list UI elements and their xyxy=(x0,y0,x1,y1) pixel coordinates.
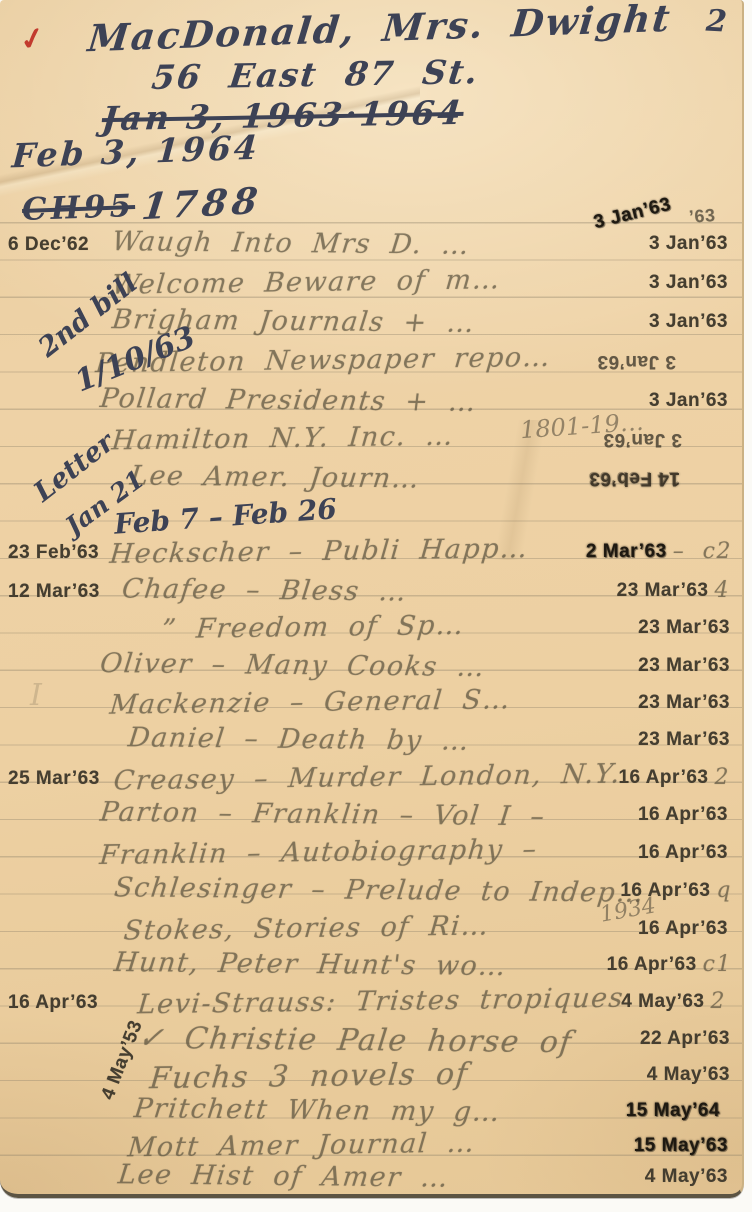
left-date-stamp: 23 Feb’63 xyxy=(8,542,99,564)
entry-title-text: Franklin – Autobiography – xyxy=(98,834,539,871)
left-date-stamp: 25 Mar’63 xyxy=(8,768,100,790)
entry-row: Lee Hist of Amer … 4 May’63 xyxy=(0,1163,742,1199)
right-date-stamp: 4 May’63 xyxy=(647,1064,730,1086)
entry-pencil-note: 2 xyxy=(715,765,731,790)
right-date-stamp: 3 Jan’63 xyxy=(649,233,728,255)
library-charge-card: ✓ MacDonald, Mrs. Dwight 2 56 East 87 St… xyxy=(0,0,744,1198)
entry-title-text: Hunt, Peter Hunt's wo… xyxy=(112,947,508,982)
right-date-stamp: 15 May’63 xyxy=(634,1135,728,1157)
entry-pencil-note: c1 xyxy=(703,952,732,977)
entry-row: Parton – Franklin – Vol I – 16 Apr’63 xyxy=(0,801,742,837)
entry-row: 4 May’53 Pritchett When my g… 15 May’64 xyxy=(0,1097,742,1133)
entry-pencil-note: 2 xyxy=(711,989,727,1014)
entry-row: Mackenzie – General S… 23 Mar’63 xyxy=(0,689,742,725)
right-date-stamp: 3 Jan’63 xyxy=(649,272,728,294)
entry-pencil-note: q xyxy=(716,878,732,903)
date-current: Feb 3, 1964 xyxy=(11,128,262,176)
right-date-stamp: 4 May’63 xyxy=(621,991,704,1013)
right-date-stamp: 23 Mar’63 xyxy=(638,617,730,639)
entry-title-text: Oliver – Many Cooks … xyxy=(98,648,487,683)
right-date-stamp: 16 Apr’63 xyxy=(638,804,728,826)
entry-title-text: Heckscher – Publi Happ… xyxy=(108,533,530,570)
entry-title-text: Creasey – Murder London, N.Y. xyxy=(112,758,622,796)
right-date-stamp: 16 Apr’63 xyxy=(638,842,728,864)
code-struck-out: CH95 xyxy=(21,188,135,228)
entry-title-text: ” Freedom of Sp… xyxy=(160,610,466,645)
right-date-stamp: 2 Mar’63 xyxy=(586,541,667,563)
entry-title-text: Waugh Into Mrs D. … xyxy=(110,226,471,261)
entry-title-text: Mott Amer Journal … xyxy=(126,1128,477,1164)
serial-number: 1788 xyxy=(139,180,264,229)
card-page-number: 2 xyxy=(705,3,728,39)
ghost-date-stamp: ’63 xyxy=(689,205,717,228)
right-date-stamp: 23 Mar’63 xyxy=(638,655,730,677)
entry-row: 12 Mar’63 Chafee – Bless … 23 Mar’63 4 xyxy=(0,577,742,613)
left-date-stamp: 12 Mar’63 xyxy=(8,581,100,603)
entry-title-text: Lee Hist of Amer … xyxy=(116,1159,451,1193)
smudged-date-stamp: 3 Jan’63 xyxy=(592,194,674,234)
entry-title-text: Levi-Strauss: Tristes tropiques xyxy=(136,983,625,1021)
left-date-stamp: 6 Dec’62 xyxy=(8,234,89,256)
right-date-stamp: 15 May’64 xyxy=(626,1100,720,1122)
entry-title-text: Chafee – Bless … xyxy=(120,574,409,608)
entry-row: 6 Dec’62 Waugh Into Mrs D. … 3 Jan’63 xyxy=(0,230,742,266)
right-date-stamp: 23 Mar’63 xyxy=(617,580,709,602)
entry-title-text: Lee Amer. Journ… xyxy=(128,460,422,494)
patron-name: MacDonald, Mrs. Dwight xyxy=(86,0,674,60)
entry-title-text: Hamilton N.Y. Inc. … xyxy=(110,421,455,457)
right-date-stamp: 16 Apr’63 xyxy=(607,954,697,976)
right-date-stamp: 4 May’63 xyxy=(645,1166,728,1188)
right-date-stamp: 3 Jan’63 xyxy=(649,390,728,412)
right-date-stamp: 14 Feb’63 xyxy=(589,467,680,489)
entry-title-text: Daniel – Death by … xyxy=(126,722,471,757)
entry-title-text: Pritchett When my g… xyxy=(132,1093,502,1128)
red-check-mark: ✓ xyxy=(17,20,49,59)
entry-title-text: Fuchs 3 novels of xyxy=(148,1057,470,1096)
patron-address: 56 East 87 St. xyxy=(150,52,482,97)
right-date-stamp: 23 Mar’63 xyxy=(638,692,730,714)
left-date-stamp: 16 Apr’63 xyxy=(8,992,98,1014)
right-date-stamp: 22 Apr’63 xyxy=(640,1028,730,1050)
entry-title-text: Stokes, Stories of Ri… xyxy=(122,910,491,946)
entry-row: Daniel – Death by … 23 Mar’63 xyxy=(0,726,742,762)
entry-row: 16 Apr’63 Levi-Strauss: Tristes tropique… xyxy=(0,988,742,1024)
entry-title-text: Welcome Beware of m… xyxy=(110,264,502,300)
right-date-stamp: 16 Apr’63 xyxy=(618,767,708,789)
entry-row: ” Freedom of Sp… 23 Mar’63 xyxy=(0,614,742,650)
right-date-stamp: 23 Mar’63 xyxy=(638,729,730,751)
entry-pencil-note: – c2 xyxy=(673,539,732,564)
entry-title-text: Pollard Presidents + … xyxy=(98,383,478,418)
entry-title-text: Parton – Franklin – Vol I – xyxy=(98,797,547,833)
entry-row: Franklin – Autobiography – 16 Apr’63 xyxy=(0,839,742,875)
entry-title-text: Schlesinger – Prelude to Indep… xyxy=(113,872,647,909)
entry-row: 25 Mar’63 Creasey – Murder London, N.Y. … xyxy=(0,764,742,800)
right-date-stamp: 16 Apr’63 xyxy=(638,918,728,940)
margin-ink-note: I xyxy=(30,678,42,713)
entry-row: Hunt, Peter Hunt's wo… 16 Apr’63 c1 xyxy=(0,951,742,987)
entry-title-text: ✓ Christie Pale horse of xyxy=(136,1021,574,1061)
right-date-stamp: 3 Jan’63 xyxy=(597,350,676,372)
entry-row: 23 Feb’63 Heckscher – Publi Happ… 2 Mar’… xyxy=(0,538,742,574)
entry-pencil-note: 4 xyxy=(715,578,731,603)
right-date-stamp: 3 Jan’63 xyxy=(649,311,728,333)
entry-title-text: Mackenzie – General S… xyxy=(108,684,512,721)
entry-row: Oliver – Many Cooks … 23 Mar’63 xyxy=(0,652,742,688)
